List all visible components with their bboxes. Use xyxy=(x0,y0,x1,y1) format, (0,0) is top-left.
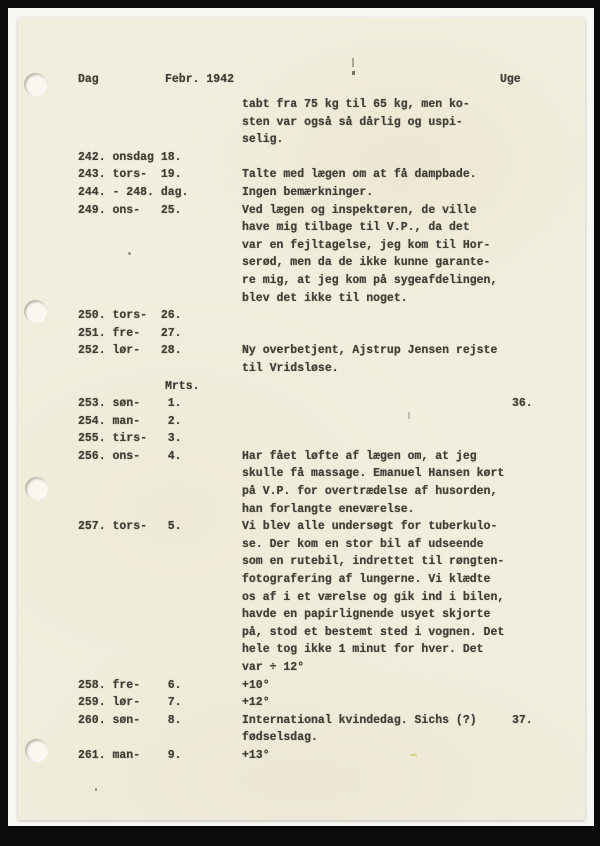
entry-left-text: 243. tors- 19. xyxy=(78,166,182,184)
entry-left-text: 255. tirs- 3. xyxy=(78,430,182,448)
entry-left-text: 253. søn- 1. xyxy=(78,395,182,413)
note-text: International kvindedag. Sichs (?) xyxy=(242,712,477,730)
diary-line: var ÷ 12° xyxy=(18,659,585,677)
note-text: Ingen bemærkninger. xyxy=(242,184,373,202)
note-text: var ÷ 12° xyxy=(242,659,304,677)
note-text: skulle få massage. Emanuel Hansen kørt xyxy=(242,465,504,483)
page-header: Dag Febr. 1942 Uge xyxy=(18,71,585,89)
note-text: på V.P. for overtrædelse af husorden, xyxy=(242,483,497,501)
diary-line: 244. - 248. dag.Ingen bemærkninger. xyxy=(18,184,585,202)
diary-line: 256. ons- 4.Har fået løfte af lægen om, … xyxy=(18,448,585,466)
diary-line: hele tog ikke 1 minut for hver. Det xyxy=(18,641,585,659)
diary-line: 258. fre- 6.+10° xyxy=(18,677,585,695)
diary-line: fødselsdag. xyxy=(18,729,585,747)
entry-left-text: 244. - 248. dag. xyxy=(78,184,188,202)
diary-line: Mrts. xyxy=(18,378,585,396)
note-text: blev det ikke til noget. xyxy=(242,290,408,308)
note-text: fødselsdag. xyxy=(242,729,318,747)
entry-left-text: 260. søn- 8. xyxy=(78,712,182,730)
note-text: Talte med lægen om at få dampbade. xyxy=(242,166,477,184)
stray-mark xyxy=(95,788,97,791)
entry-left-text: 261. man- 9. xyxy=(78,747,182,765)
diary-line: 257. tors- 5.Vi blev alle undersøgt for … xyxy=(18,518,585,536)
diary-line: blev det ikke til noget. xyxy=(18,290,585,308)
diary-line: havde en papirlignende usyet skjorte xyxy=(18,606,585,624)
note-text: havde en papirlignende usyet skjorte xyxy=(242,606,490,624)
entry-left-text: 249. ons- 25. xyxy=(78,202,182,220)
note-text: sten var også så dårlig og uspi- xyxy=(242,114,463,132)
diary-line: til Vridsløse. xyxy=(18,360,585,378)
diary-line: re mig, at jeg kom på sygeafdelingen, xyxy=(18,272,585,290)
week-number: 36. xyxy=(512,395,533,413)
note-text: Har fået løfte af lægen om, at jeg xyxy=(242,448,477,466)
stray-mark xyxy=(352,58,354,67)
diary-line: 243. tors- 19.Talte med lægen om at få d… xyxy=(18,166,585,184)
diary-lines: tabt fra 75 kg til 65 kg, men ko-sten va… xyxy=(18,96,585,765)
entry-left-text: 251. fre- 27. xyxy=(78,325,182,343)
diary-line: 250. tors- 26. xyxy=(18,307,585,325)
note-text: have mig tilbage til V.P., da det xyxy=(242,219,470,237)
note-text: var en fejltagelse, jeg kom til Hor- xyxy=(242,237,490,255)
entry-left-text: 259. lør- 7. xyxy=(78,694,182,712)
week-column-label: Uge xyxy=(500,71,521,89)
diary-line: 259. lør- 7.+12° xyxy=(18,694,585,712)
scanner-background: Dag Febr. 1942 Uge tabt fra 75 kg til 65… xyxy=(8,8,594,826)
month-label: Mrts. xyxy=(165,378,200,396)
diary-line: se. Der kom en stor bil af udseende xyxy=(18,536,585,554)
entry-left-text: 254. man- 2. xyxy=(78,413,182,431)
diary-line: 261. man- 9.+13° xyxy=(18,747,585,765)
note-text: på, stod et bestemt sted i vognen. Det xyxy=(242,624,504,642)
note-text: hele tog ikke 1 minut for hver. Det xyxy=(242,641,484,659)
week-number: 37. xyxy=(512,712,533,730)
note-text: han forlangte eneværelse. xyxy=(242,501,415,519)
note-text: som en rutebil, indrettet til røngten- xyxy=(242,553,504,571)
note-text: Ny overbetjent, Ajstrup Jensen rejste xyxy=(242,342,497,360)
diary-line: 260. søn- 8.International kvindedag. Sic… xyxy=(18,712,585,730)
note-text: selig. xyxy=(242,131,283,149)
diary-line: fotografering af lungerne. Vi klædte xyxy=(18,571,585,589)
note-text: tabt fra 75 kg til 65 kg, men ko- xyxy=(242,96,470,114)
entry-left-text: 252. lør- 28. xyxy=(78,342,182,360)
diary-line: 252. lør- 28.Ny overbetjent, Ajstrup Jen… xyxy=(18,342,585,360)
diary-line: som en rutebil, indrettet til røngten- xyxy=(18,553,585,571)
entry-left-text: 242. onsdag 18. xyxy=(78,149,182,167)
note-text: Vi blev alle undersøgt for tuberkulo- xyxy=(242,518,497,536)
entry-left-text: 258. fre- 6. xyxy=(78,677,182,695)
scanned-diary-screenshot: { "header": { "day_column_label": "Dag",… xyxy=(0,0,600,846)
diary-line: 249. ons- 25.Ved lægen og inspektøren, d… xyxy=(18,202,585,220)
diary-line: 242. onsdag 18. xyxy=(18,149,585,167)
note-text: se. Der kom en stor bil af udseende xyxy=(242,536,484,554)
note-text: re mig, at jeg kom på sygeafdelingen, xyxy=(242,272,497,290)
diary-line: have mig tilbage til V.P., da det xyxy=(18,219,585,237)
diary-line: sten var også så dårlig og uspi- xyxy=(18,114,585,132)
note-text: fotografering af lungerne. Vi klædte xyxy=(242,571,490,589)
entry-left-text: 256. ons- 4. xyxy=(78,448,182,466)
note-text: serød, men da de ikke kunne garante- xyxy=(242,254,490,272)
diary-line: på V.P. for overtrædelse af husorden, xyxy=(18,483,585,501)
diary-line: skulle få massage. Emanuel Hansen kørt xyxy=(18,465,585,483)
note-text: +12° xyxy=(242,694,270,712)
diary-line: 255. tirs- 3. xyxy=(18,430,585,448)
note-text: til Vridsløse. xyxy=(242,360,339,378)
diary-line: han forlangte eneværelse. xyxy=(18,501,585,519)
diary-line: serød, men da de ikke kunne garante- xyxy=(18,254,585,272)
month-year-label: Febr. 1942 xyxy=(165,71,234,89)
diary-line: 251. fre- 27. xyxy=(18,325,585,343)
note-text: Ved lægen og inspektøren, de ville xyxy=(242,202,477,220)
note-text: os af i et værelse og gik ind i bilen, xyxy=(242,589,504,607)
entry-left-text: 257. tors- 5. xyxy=(78,518,182,536)
entry-left-text: 250. tors- 26. xyxy=(78,307,182,325)
note-text: +13° xyxy=(242,747,270,765)
diary-line: på, stod et bestemt sted i vognen. Det xyxy=(18,624,585,642)
day-column-label: Dag xyxy=(78,71,99,89)
diary-line: 254. man- 2. xyxy=(18,413,585,431)
note-text: +10° xyxy=(242,677,270,695)
diary-line: tabt fra 75 kg til 65 kg, men ko- xyxy=(18,96,585,114)
diary-line: 253. søn- 1.36. xyxy=(18,395,585,413)
diary-line: selig. xyxy=(18,131,585,149)
diary-line: os af i et værelse og gik ind i bilen, xyxy=(18,589,585,607)
diary-page: Dag Febr. 1942 Uge tabt fra 75 kg til 65… xyxy=(18,18,585,820)
diary-line: var en fejltagelse, jeg kom til Hor- xyxy=(18,237,585,255)
